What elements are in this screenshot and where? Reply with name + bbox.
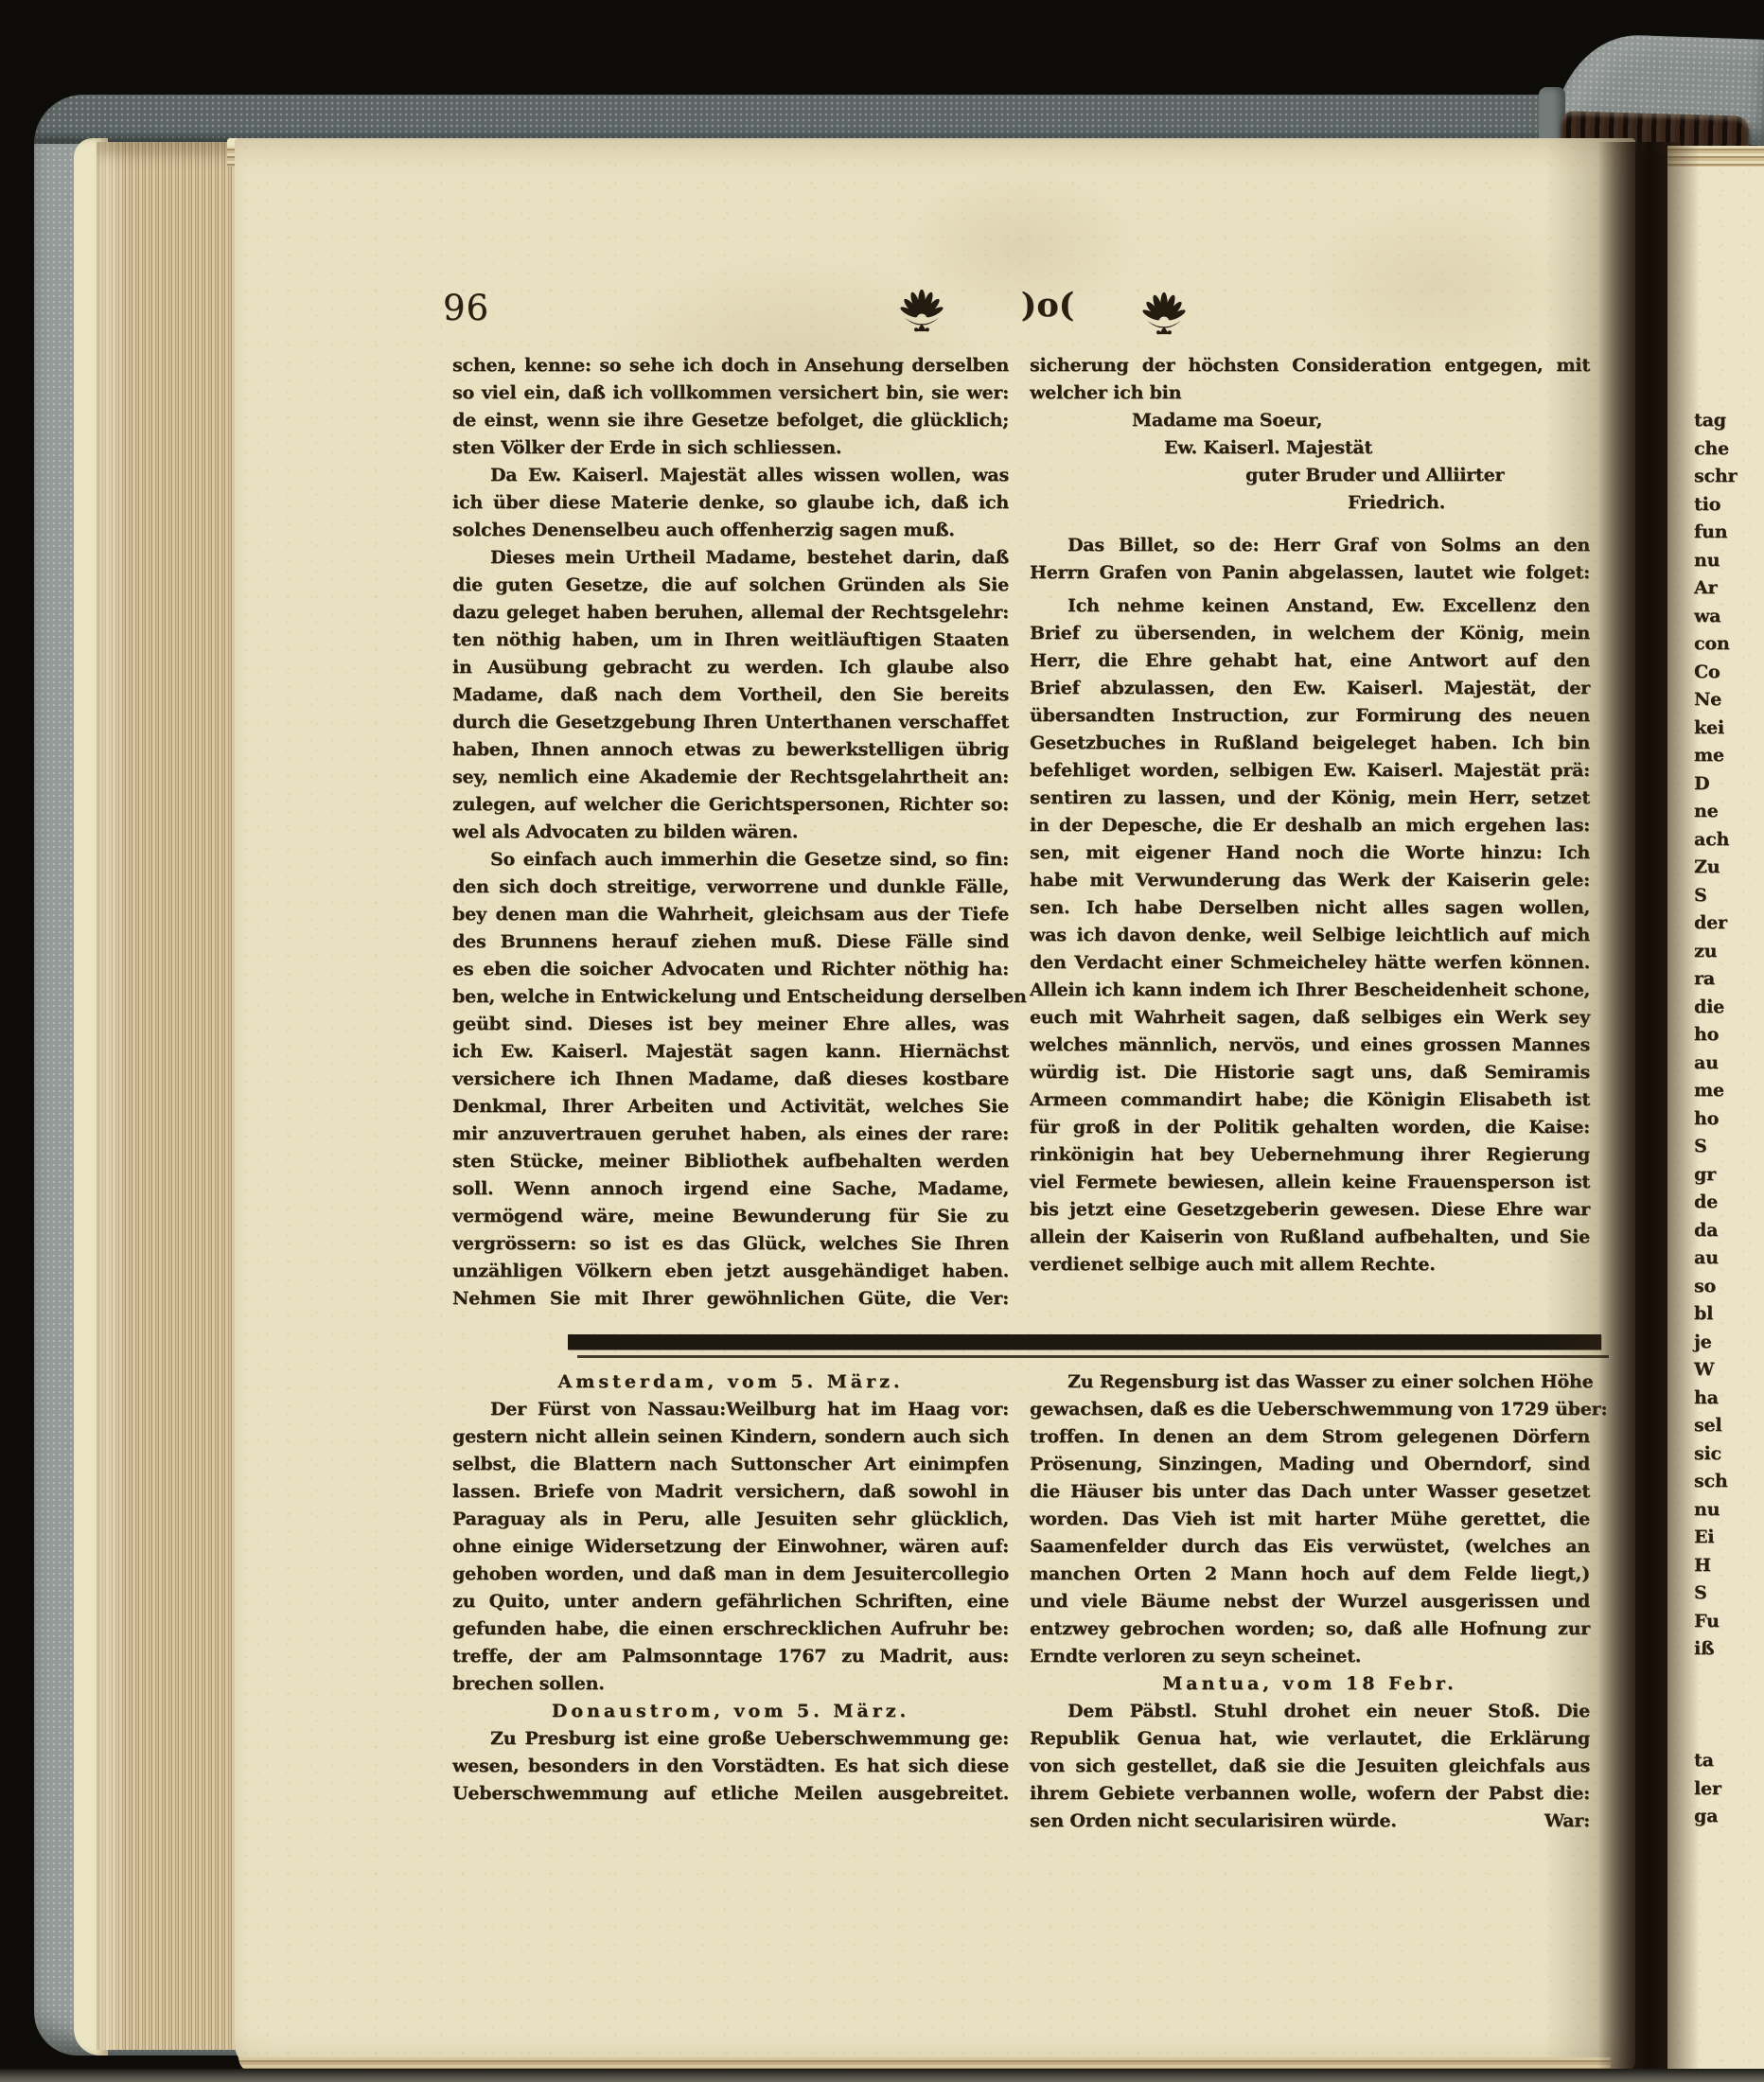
text-line: rinkönigin hat bey Uebernehmung ihrer Re… — [1030, 1141, 1590, 1169]
text-line: bis jetzt eine Gesetzgeberin gewesen. Di… — [1030, 1196, 1590, 1224]
book-scan: 96 )o( — [0, 0, 1764, 2082]
text-line: welches männlich, nervös, und eines gros… — [1030, 1032, 1590, 1059]
text-line: Da Ew. Kaiserl. Majestät alles wissen wo… — [452, 462, 1009, 489]
text-line: Friedrich. — [1030, 489, 1590, 517]
text-line: manchen Orten 2 Mann hoch auf dem Felde … — [1030, 1561, 1590, 1588]
text-line: bey denen man die Wahrheit, gleichsam au… — [452, 901, 1009, 928]
text-line: kei — [1694, 715, 1762, 743]
text-line: selbst, die Blattern nach Suttonscher Ar… — [452, 1451, 1009, 1478]
text-line: ga — [1694, 1803, 1762, 1831]
text-line: fun — [1694, 519, 1762, 547]
text-line: durch die Gesetzgebung Ihren Unterthanen… — [452, 709, 1009, 736]
text-line: Dieses mein Urtheil Madame, bestehet dar… — [452, 544, 1009, 572]
text-line: Denkmal, Ihrer Arbeiten und Activität, w… — [452, 1093, 1009, 1120]
text-line: ha — [1694, 1385, 1762, 1413]
text-line: in Ausübung gebracht zu werden. Ich glau… — [452, 654, 1009, 681]
text-line: Herr, die Ehre gehabt hat, eine Antwort … — [1030, 647, 1590, 675]
text-line: D — [1694, 770, 1762, 799]
text-line: entzwey gebrochen worden; so, daß alle H… — [1030, 1615, 1590, 1643]
text-line: sen. Ich habe Derselben nicht alles sage… — [1030, 894, 1590, 922]
text-line: Zu — [1694, 854, 1762, 882]
text-line: de — [1694, 1189, 1762, 1217]
text-line: da — [1694, 1217, 1762, 1245]
text-line: Madame ma Soeur, — [1030, 407, 1590, 434]
text-line: gr — [1694, 1161, 1762, 1190]
text-line: sten Völker der Erde in sich schliessen. — [452, 434, 1009, 462]
section-divider-thin-rule — [577, 1355, 1609, 1358]
letter-right-column: sicherung der höchsten Consideration ent… — [1030, 352, 1590, 1279]
text-line: Nehmen Sie mit Ihrer gewöhnlichen Güte, … — [452, 1285, 1009, 1313]
text-line: sicherung der höchsten Consideration ent… — [1030, 352, 1590, 379]
text-line: sey, nemlich eine Akademie der Rechtsgel… — [452, 764, 1009, 791]
text-line: die Häuser bis unter das Dach unter Wass… — [1030, 1478, 1590, 1506]
text-line: schen, kenne: so sehe ich doch in Ansehu… — [452, 352, 1009, 379]
text-line: sen, mit eigener Hand noch die Worte hin… — [1030, 839, 1590, 867]
adjacent-page-shading — [1667, 146, 1700, 2078]
text-line: Der Fürst von Nassau:Weilburg hat im Haa… — [452, 1396, 1009, 1423]
text-line: Brief abzulassen, den Ew. Kaiserl. Majes… — [1030, 675, 1590, 702]
text-line: sel — [1694, 1412, 1762, 1440]
text-line: zulegen, auf welcher die Gerichtspersone… — [452, 791, 1009, 819]
text-line: ich über diese Materie denke, so glaube … — [452, 489, 1009, 517]
news-right-column: Zu Regensburg ist das Wasser zu einer so… — [1030, 1368, 1590, 1835]
text-line: schr — [1694, 463, 1762, 491]
text-line: soll. Wenn annoch irgend eine Sache, Mad… — [452, 1175, 1009, 1203]
text-line: von sich gestellet, daß sie die Jesuiten… — [1030, 1753, 1590, 1780]
text-line: Zu Presburg ist eine große Ueberschwemmu… — [452, 1725, 1009, 1753]
text-line: ne — [1694, 798, 1762, 826]
text-line: ich Ew. Kaiserl. Majestät sagen kann. Hi… — [452, 1038, 1009, 1066]
text-line: euch mit Wahrheit sagen, daß selbiges ei… — [1030, 1004, 1590, 1032]
text-line: tag — [1694, 407, 1762, 435]
text-line: und viele Bäume nebst der Wurzel ausgeri… — [1030, 1588, 1590, 1615]
text-line: Donaustrom, vom 5. März. — [452, 1698, 1009, 1725]
text-line: Paraguay als in Peru, alle Jesuiten sehr… — [452, 1506, 1009, 1533]
text-line: con — [1694, 630, 1762, 659]
text-line: ben, welche in Entwickelung und Entschei… — [452, 983, 1009, 1011]
text-line: je — [1694, 1329, 1762, 1357]
text-line: Dem Päbstl. Stuhl drohet ein neuer Stoß.… — [1030, 1698, 1590, 1725]
text-line: ta — [1694, 1747, 1762, 1775]
text-line: so viel ein, daß ich vollkommen versiche… — [452, 379, 1009, 407]
shell-ornament-icon — [1139, 292, 1189, 338]
text-line: sen Orden nicht secularisiren würde.War: — [1030, 1808, 1590, 1835]
text-line: nu — [1694, 1496, 1762, 1525]
text-line: verdienet selbige auch mit allem Rechte. — [1030, 1251, 1590, 1279]
text-line: Saamenfelder durch das Eis verwüstet, (w… — [1030, 1533, 1590, 1561]
text-line: ho — [1694, 1105, 1762, 1134]
book-cover-top-edge — [34, 95, 1554, 144]
text-line: befehliget worden, selbigen Ew. Kaiserl.… — [1030, 757, 1590, 785]
page-number: 96 — [443, 288, 489, 328]
text-line: ra — [1694, 965, 1762, 994]
text-line: allein der Kaiserin von Rußland aufbehal… — [1030, 1224, 1590, 1251]
text-line: in der Depesche, die Er deshalb an mich … — [1030, 812, 1590, 839]
text-line: Ei — [1694, 1524, 1762, 1552]
text-line: iß — [1694, 1635, 1762, 1664]
section-divider-thick-rule — [568, 1334, 1601, 1350]
text-line — [1694, 1664, 1762, 1692]
text-line: vergrössern: so ist es das Glück, welche… — [452, 1230, 1009, 1258]
news-left-column: Amsterdam, vom 5. März.Der Fürst von Nas… — [452, 1368, 1009, 1808]
text-line: es eben die soicher Advocaten und Richte… — [452, 956, 1009, 983]
text-line: S — [1694, 1133, 1762, 1161]
text-line: Prösenung, Sinzingen, Mading und Oberndo… — [1030, 1451, 1590, 1478]
text-line: W — [1694, 1356, 1762, 1385]
text-line: zu — [1694, 938, 1762, 966]
text-line: Co — [1694, 659, 1762, 687]
text-line: für groß in der Politik gehalten worden,… — [1030, 1114, 1590, 1141]
letter-left-column: schen, kenne: so sehe ich doch in Ansehu… — [452, 352, 1009, 1313]
text-line: den sich doch streitige, verworrene und … — [452, 873, 1009, 901]
text-line: che — [1694, 435, 1762, 464]
text-line: ten nöthig haben, um in Ihren weitläufti… — [452, 626, 1009, 654]
text-line: sch — [1694, 1468, 1762, 1496]
text-line: lassen. Briefe von Madrit versichern, da… — [452, 1478, 1009, 1506]
text-line: vermögend wäre, meine Bewunderung für Si… — [452, 1203, 1009, 1230]
text-line: geübt sind. Dieses ist bey meiner Ehre a… — [452, 1011, 1009, 1038]
text-line: welcher ich bin — [1030, 379, 1590, 407]
text-line: viel Fermete bewiesen, allein keine Frau… — [1030, 1169, 1590, 1196]
text-line: So einfach auch immerhin die Gesetze sin… — [452, 846, 1009, 873]
text-line: die guten Gesetze, die auf solchen Gründ… — [452, 572, 1009, 599]
text-line: Ew. Kaiserl. Majestät — [1030, 434, 1590, 462]
text-line: Amsterdam, vom 5. März. — [452, 1368, 1009, 1396]
text-line: Allein ich kann indem ich Ihrer Bescheid… — [1030, 977, 1590, 1004]
text-line: H — [1694, 1552, 1762, 1580]
adjacent-page-text-fragments: tagcheschrtiofunnuArwaconCoNekeimeDneach… — [1694, 407, 1762, 1831]
text-line: gehoben worden, und daß man in dem Jesui… — [452, 1561, 1009, 1588]
text-line: sentiren zu lassen, und der König, mein … — [1030, 785, 1590, 812]
text-line — [1694, 1691, 1762, 1720]
left-page: 96 )o( — [235, 138, 1635, 2071]
text-line: treffe, der am Palmsonntage 1767 zu Madr… — [452, 1643, 1009, 1670]
text-line: wesen, besonders in den Vorstädten. Es h… — [452, 1753, 1009, 1780]
text-line: würdig ist. Die Historie sagt uns, daß S… — [1030, 1059, 1590, 1086]
text-line: ihrem Gebiete verbannen wolle, wofern de… — [1030, 1780, 1590, 1808]
text-line: S — [1694, 882, 1762, 910]
text-line: übersandten Instruction, zur Formirung d… — [1030, 702, 1590, 730]
text-line: me — [1694, 742, 1762, 770]
text-line: tio — [1694, 491, 1762, 520]
adjacent-page: tagcheschrtiofunnuArwaconCoNekeimeDneach… — [1667, 146, 1764, 2078]
text-line: Republik Genua hat, wie verlautet, die E… — [1030, 1725, 1590, 1753]
text-line: au — [1694, 1050, 1762, 1078]
text-line: Herrn Grafen von Panin abgelassen, laute… — [1030, 559, 1590, 587]
text-line: Ar — [1694, 574, 1762, 603]
scan-bed-strip — [0, 2069, 1764, 2082]
text-line: haben, Ihnen annoch etwas zu bewerkstell… — [452, 736, 1009, 764]
text-line: so — [1694, 1273, 1762, 1301]
text-line: wel als Advocaten zu bilden wären. — [452, 819, 1009, 846]
text-line: me — [1694, 1077, 1762, 1105]
text-line — [1694, 1720, 1762, 1748]
text-line: zu Quito, unter andern gefährlichen Schr… — [452, 1588, 1009, 1615]
text-line: nu — [1694, 547, 1762, 575]
text-line: bl — [1694, 1300, 1762, 1329]
text-line: die — [1694, 994, 1762, 1022]
text-line: dazu geleget haben beruhen, allemal der … — [452, 599, 1009, 626]
text-line: Das Billet, so de: Herr Graf von Solms a… — [1030, 532, 1590, 559]
text-line: Gesetzbuches in Rußland beigeleget haben… — [1030, 730, 1590, 757]
text-line: des Brunnens herauf ziehen muß. Diese Fä… — [452, 928, 1009, 956]
text-line: Zu Regensburg ist das Wasser zu einer so… — [1030, 1368, 1590, 1396]
text-line: der — [1694, 909, 1762, 938]
text-line: de einst, wenn sie ihre Gesetze befolget… — [452, 407, 1009, 434]
paper-stain — [1295, 195, 1579, 375]
shell-ornament-icon — [897, 290, 946, 335]
text-line: mir anzuvertrauen geruhet haben, als ein… — [452, 1120, 1009, 1148]
text-line: Erndte verloren zu seyn scheinet. — [1030, 1643, 1590, 1670]
text-line: gewachsen, daß es die Ueberschwemmung vo… — [1030, 1396, 1590, 1423]
text-line: gefunden habe, die einen erschrecklichen… — [452, 1615, 1009, 1643]
text-line: S — [1694, 1579, 1762, 1608]
text-line: worden. Das Vieh ist mit harter Mühe ger… — [1030, 1506, 1590, 1533]
text-line: Madame, daß nach dem Vortheil, den Sie b… — [452, 681, 1009, 709]
text-line: versichere ich Ihnen Madame, daß dieses … — [452, 1066, 1009, 1093]
text-line: Fu — [1694, 1608, 1762, 1636]
text-line: ler — [1694, 1775, 1762, 1804]
text-line: habe mit Verwunderung das Werk der Kaise… — [1030, 867, 1590, 894]
text-line: den Verdacht einer Schmeicheley hätte we… — [1030, 949, 1590, 977]
text-line: unzähligen Völkern eben jetzt ausgehändi… — [452, 1258, 1009, 1285]
text-line: troffen. In denen an dem Strom gelegenen… — [1030, 1423, 1590, 1451]
text-line: wa — [1694, 603, 1762, 631]
text-line: solches Denenselbeu auch offenherzig sag… — [452, 517, 1009, 544]
text-line: guter Bruder und Alliirter — [1030, 462, 1590, 489]
text-line: Mantua, vom 18 Febr. — [1030, 1670, 1590, 1698]
text-line: sten Stücke, meiner Bibliothek aufbehalt… — [452, 1148, 1009, 1175]
text-line: ho — [1694, 1021, 1762, 1050]
text-line: Armeen commandirt habe; die Königin Elis… — [1030, 1086, 1590, 1114]
text-line: Ueberschwemmung auf etliche Meilen ausge… — [452, 1780, 1009, 1808]
text-line: sic — [1694, 1440, 1762, 1469]
text-line: gestern nicht allein seinen Kindern, son… — [452, 1423, 1009, 1451]
text-line: Ne — [1694, 686, 1762, 715]
text-line: ohne einige Widersetzung der Einwohner, … — [452, 1533, 1009, 1561]
text-line: brechen sollen. — [452, 1670, 1009, 1698]
text-line: Ich nehme keinen Anstand, Ew. Excellenz … — [1030, 592, 1590, 620]
text-line: was ich davon denke, weil Selbige leicht… — [1030, 922, 1590, 949]
header-separator-mark: )o( — [1011, 286, 1085, 325]
text-line: Brief zu übersenden, in welchem der Köni… — [1030, 620, 1590, 647]
text-line: au — [1694, 1244, 1762, 1273]
text-line: ach — [1694, 826, 1762, 855]
